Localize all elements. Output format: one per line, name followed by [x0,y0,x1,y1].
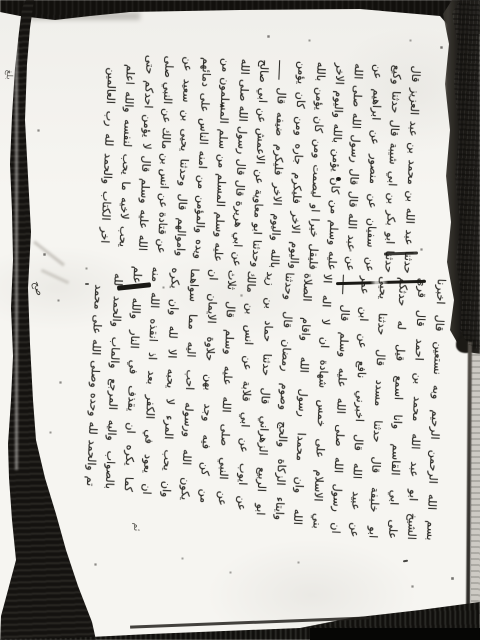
page-edge-margin [471,342,480,614]
bottom-page-text-block: بسم الله الرحمن الرحيم وبه نستعين قال اخ… [79,264,451,541]
scan-border-bottom-dark [310,628,480,640]
margin-note: بلغ [4,70,14,80]
collation-mark: ٭ [215,102,228,108]
manuscript-scan: حدثنا عبد الله بن محمد بن عبد العزيز قال… [0,0,480,640]
catchword-note: ثم [131,523,141,532]
scan-border-streak [15,40,18,470]
top-page-text-block: حدثنا عبد الله بن محمد بن عبد العزيز قال… [94,53,425,274]
ink-blot [336,177,341,181]
ink-dot [85,283,89,285]
